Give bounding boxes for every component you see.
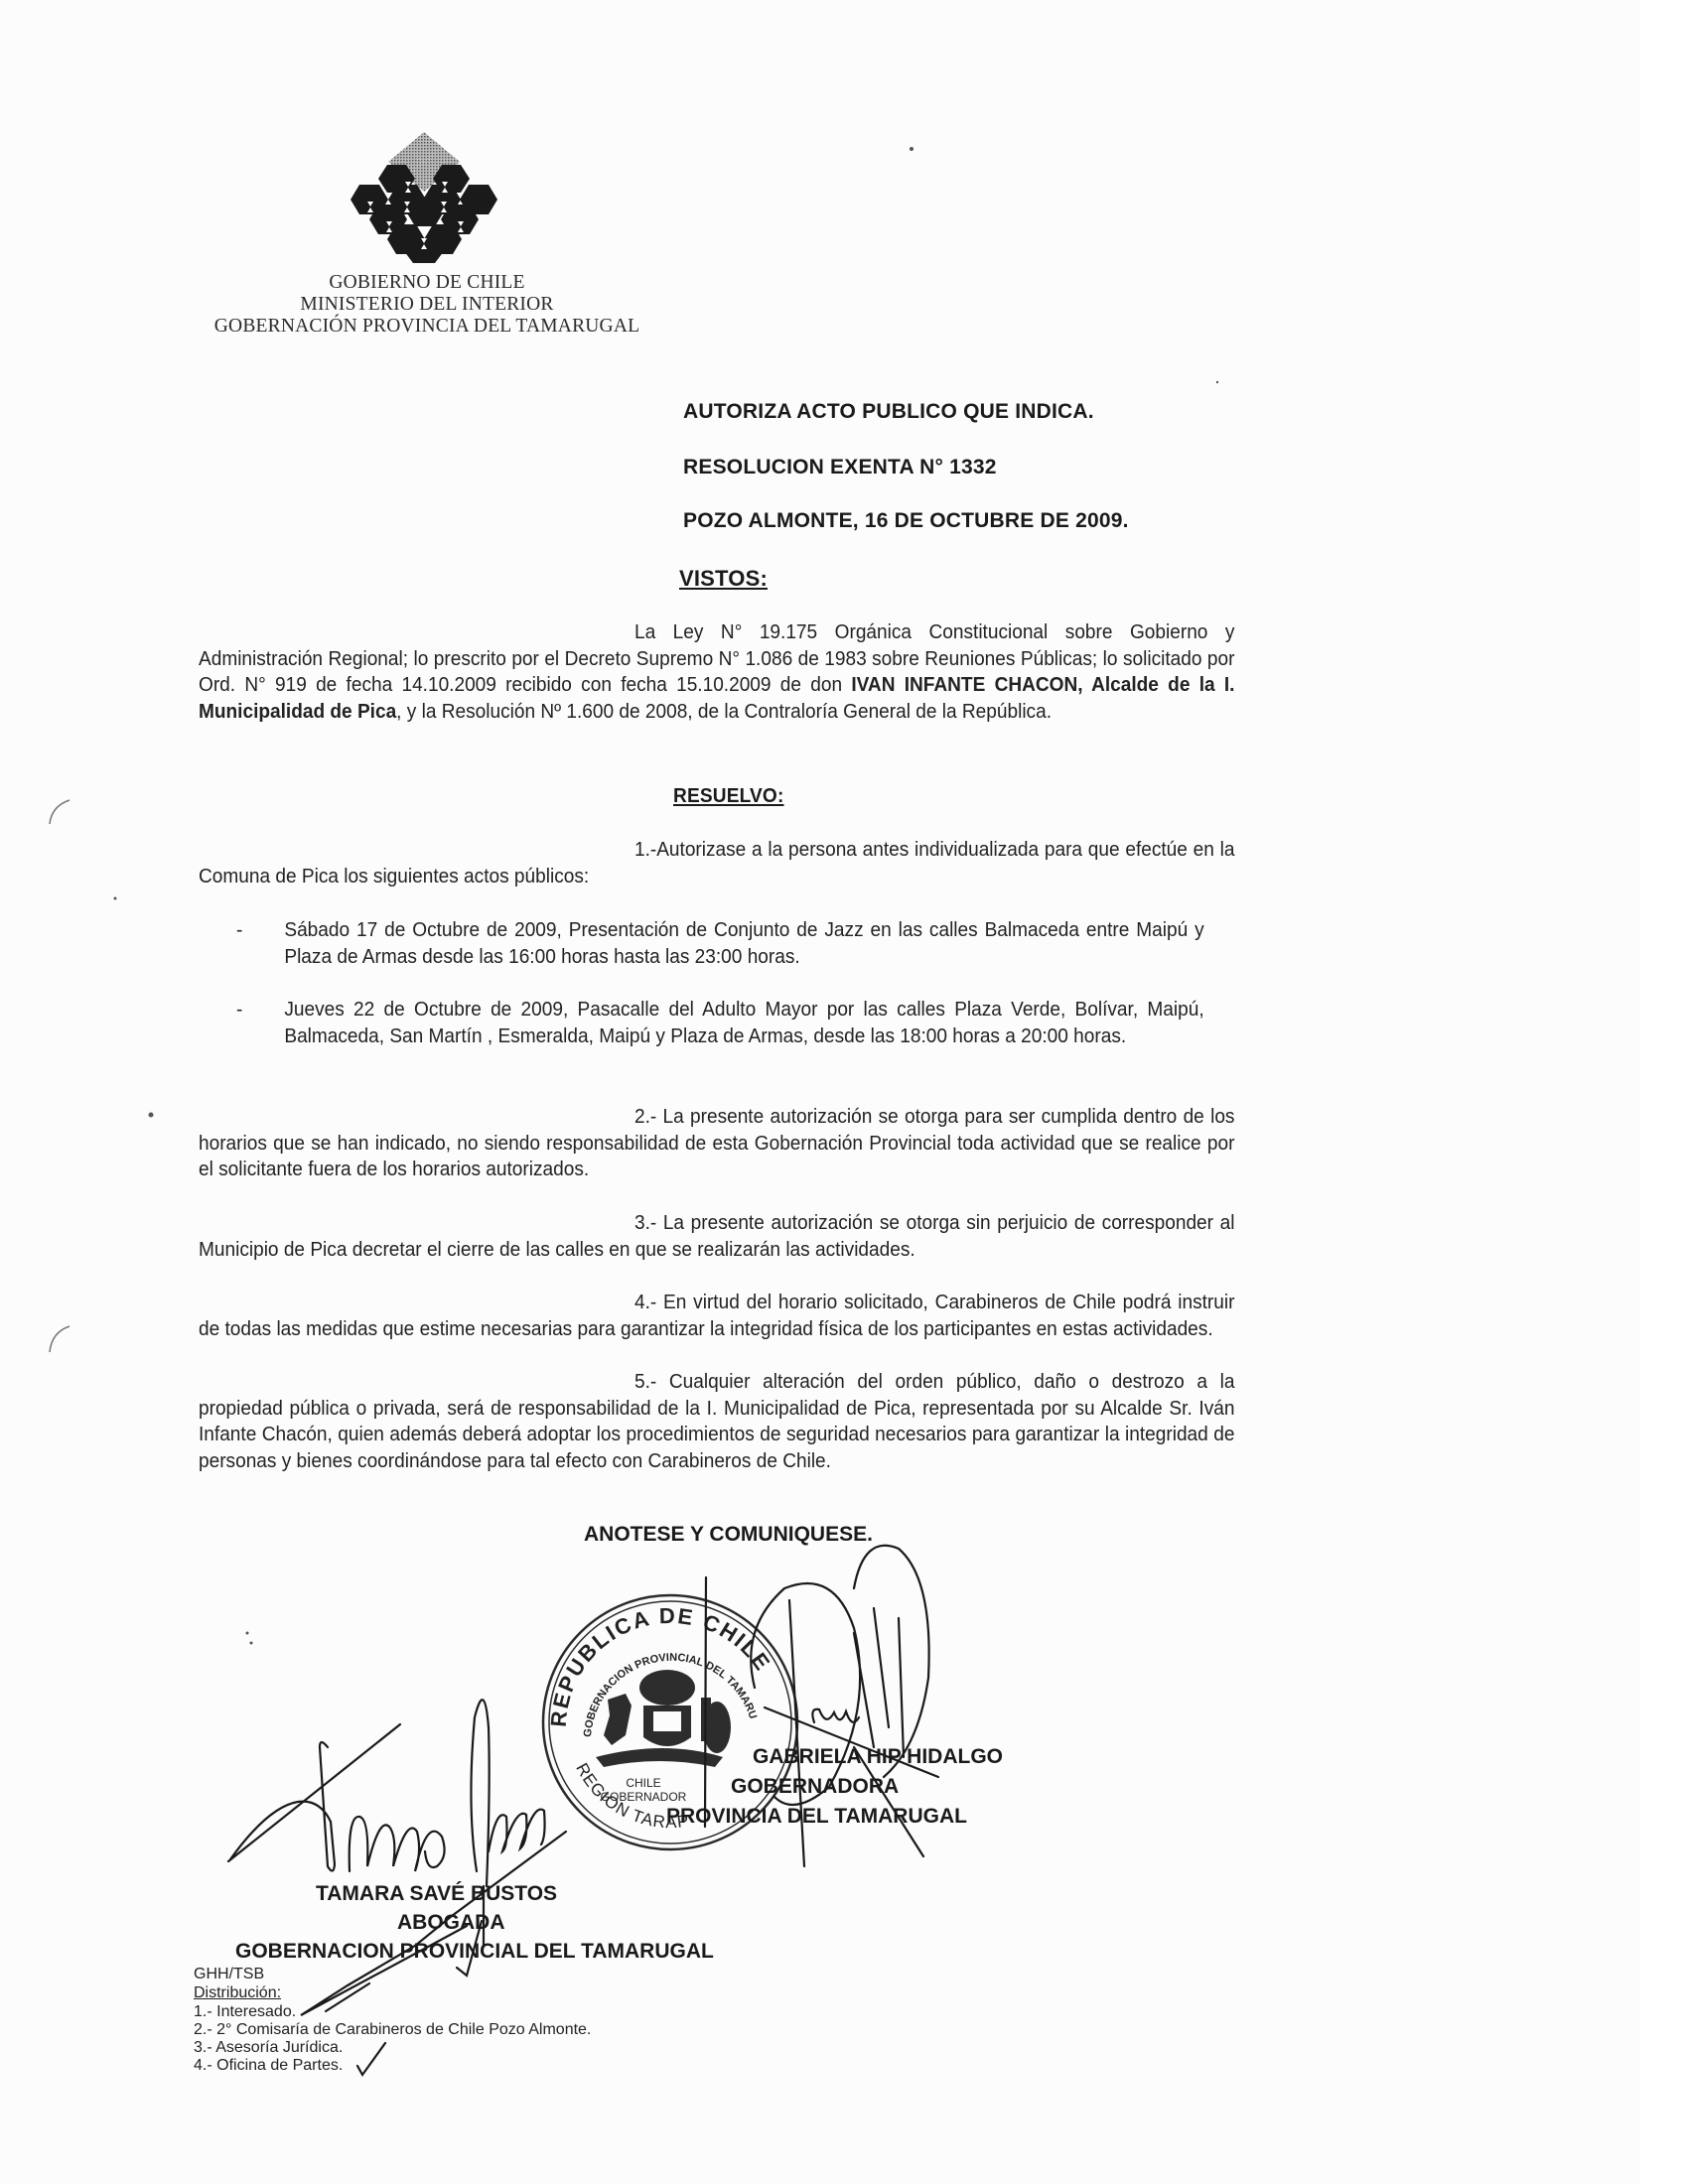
distribution-item-3: 3.- Asesoría Jurídica. (194, 2038, 343, 2057)
distribution-item-4: 4.- Oficina de Partes. (194, 2056, 343, 2075)
distribution-heading: Distribución: (194, 1983, 281, 2002)
lawyer-office: GOBERNACION PROVINCIAL DEL TAMARUGAL (235, 1940, 714, 1964)
event-item-2: - Jueves 22 de Octubre de 2009, Pasacall… (236, 997, 1204, 1049)
place-and-date: POZO ALMONTE, 16 DE OCTUBRE DE 2009. (683, 509, 1129, 533)
lawyer-title: ABOGADA (397, 1911, 505, 1935)
gobierno-de-chile-logo-icon (350, 127, 498, 264)
event-item-1: - Sábado 17 de Octubre de 2009, Presenta… (236, 917, 1204, 970)
governor-name: GABRIELA HIP HIDALGO (753, 1745, 1003, 1769)
governor-title: GOBERNADORA (731, 1775, 899, 1799)
vistos-heading: VISTOS: (679, 566, 768, 592)
vistos-paragraph: La Ley N° 19.175 Orgánica Constitucional… (199, 619, 1234, 725)
resolution-item-3: 3.- La presente autorización se otorga s… (199, 1210, 1234, 1263)
svg-text:CHILE: CHILE (626, 1776, 660, 1790)
closing-formula: ANOTESE Y COMUNIQUESE. (584, 1523, 873, 1547)
resolution-item-4: 4.- En virtud del horario solicitado, Ca… (199, 1290, 1234, 1342)
governor-office: PROVINCIA DEL TAMARUGAL (666, 1805, 967, 1829)
distribution-item-2: 2.- 2° Comisaría de Carabineros de Chile… (194, 2020, 591, 2039)
letterhead-ministry: MINISTERIO DEL INTERIOR (179, 294, 675, 316)
letterhead-office: GOBERNACIÓN PROVINCIA DEL TAMARUGAL (141, 316, 713, 338)
svg-text:GOBERNADOR: GOBERNADOR (601, 1790, 687, 1804)
resuelvo-heading: RESUELVO: (673, 784, 783, 808)
lawyer-name: TAMARA SAVÉ BUSTOS (316, 1882, 557, 1906)
resolution-number: RESOLUCION EXENTA N° 1332 (683, 456, 997, 479)
footer-initials: GHH/TSB (194, 1965, 264, 1983)
document-subject: AUTORIZA ACTO PUBLICO QUE INDICA. (683, 400, 1094, 424)
letterhead-government: GOBIERNO DE CHILE (179, 272, 675, 294)
distribution-item-1: 1.- Interesado. (194, 2002, 296, 2021)
resolution-item-2: 2.- La presente autorización se otorga p… (199, 1104, 1234, 1183)
resolution-item-1: 1.-Autorizase a la persona antes individ… (199, 837, 1234, 889)
resolution-item-5: 5.- Cualquier alteración del orden públi… (199, 1369, 1234, 1474)
